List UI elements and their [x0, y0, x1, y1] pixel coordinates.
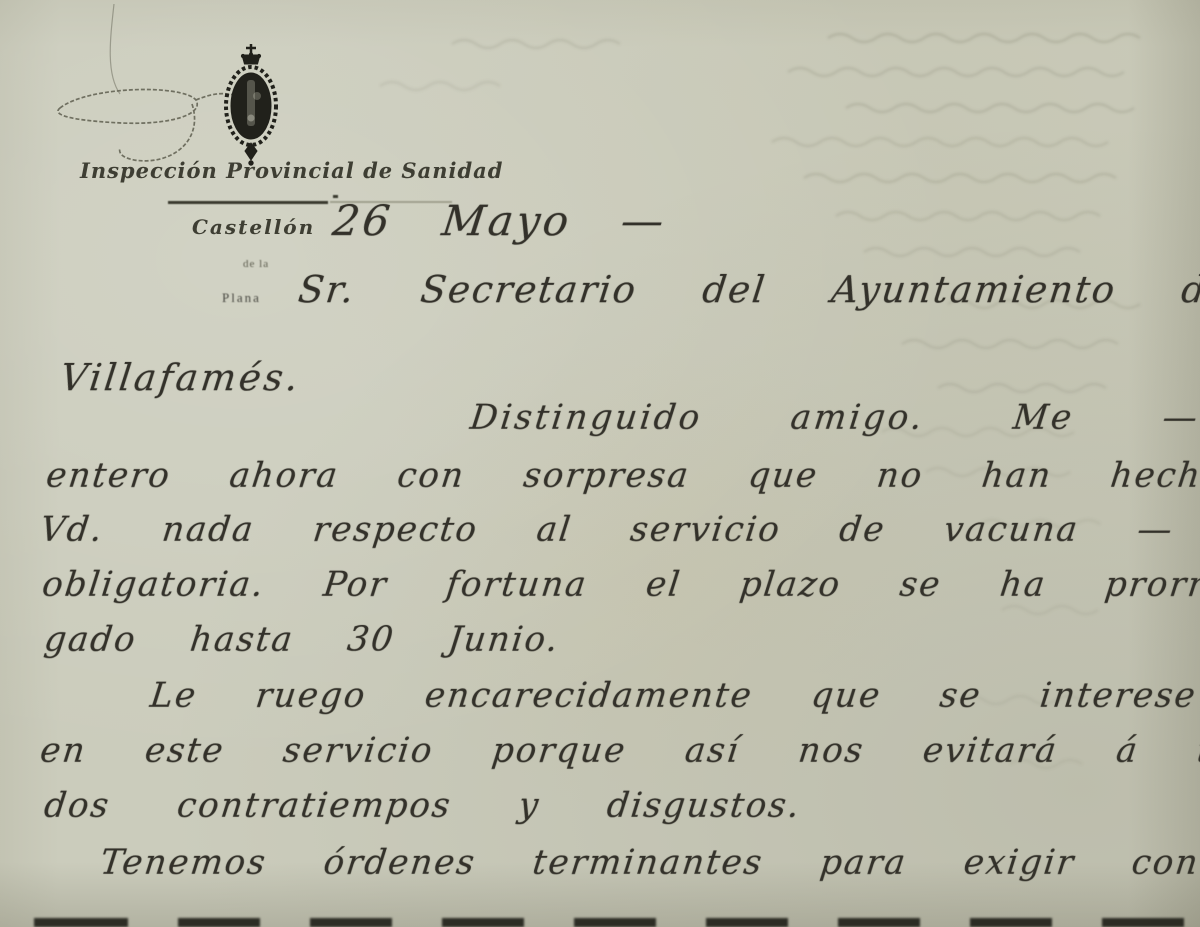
body-line: dos contratiempos y disgustos.: [42, 786, 803, 826]
pen-flourish: [22, 4, 252, 179]
letterhead-city-de-la: de la: [243, 258, 269, 270]
body-line: Distinguido amigo. Me —: [468, 398, 1200, 438]
recipient-line: Sr. Secretario del Ayuntamiento de —: [296, 268, 1200, 311]
body-line: Tenemos órdenes terminantes para exigir …: [98, 843, 1200, 883]
body-line: obligatoria. Por fortuna el plazo se ha …: [40, 565, 1200, 605]
letterhead-city-plana: Plana: [222, 290, 261, 306]
body-line: gado hasta 30 Junio.: [42, 620, 562, 660]
letterhead-rule-dark: [168, 201, 328, 204]
letterhead-org-name: Inspección Provincial de Sanidad: [80, 158, 503, 183]
body-line: Le ruego encarecidamente que se interese: [148, 676, 1199, 716]
body-line: Vd. nada respecto al servicio de vacuna …: [38, 510, 1176, 550]
date-line: 26 Mayo —: [330, 196, 669, 245]
scan-bottom-edge: [0, 918, 1200, 927]
letter-scan-page: Inspección Provincial de Sanidad Castell…: [0, 0, 1200, 927]
letterhead-city: Castellón: [192, 215, 315, 239]
coat-of-arms-icon: [221, 44, 281, 166]
body-line: entero ahora con sorpresa que no han hec…: [44, 456, 1200, 496]
body-line: en este servicio porque así nos evitará …: [38, 731, 1200, 771]
recipient-locality: Villafamés.: [58, 356, 303, 399]
